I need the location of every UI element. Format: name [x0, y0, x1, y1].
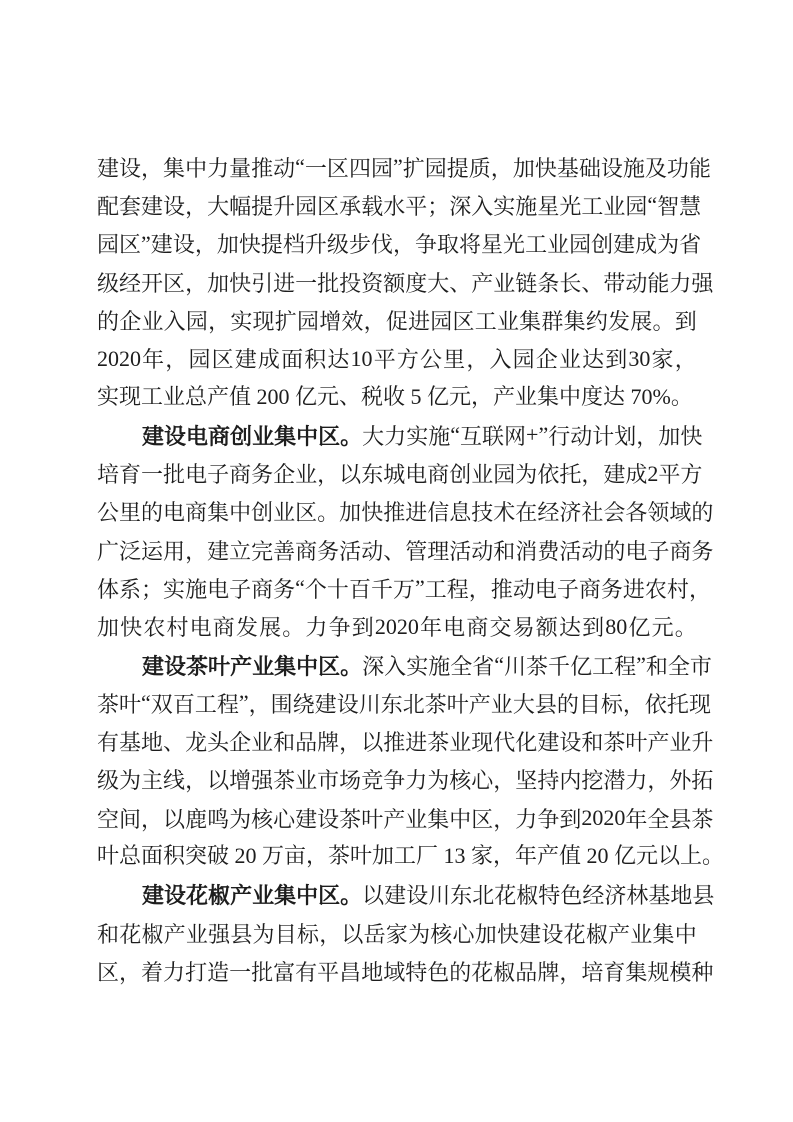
text-token: 加 [513, 152, 535, 183]
text-token: 椒 [141, 918, 163, 949]
text-token: 育 [119, 458, 141, 489]
text-token: “ [141, 690, 151, 716]
text-token: 特 [538, 879, 560, 910]
text-token: 农 [143, 611, 165, 642]
text-token: 业 [251, 726, 273, 757]
text-token: 依 [645, 688, 667, 719]
text-token: 园 [513, 343, 535, 374]
text-token: 产 [471, 267, 493, 298]
text-token: 电 [186, 420, 208, 451]
text-token: 工 [425, 573, 447, 604]
text-token: 电 [535, 573, 557, 604]
text-token: 产 [647, 726, 669, 757]
text-token: 双 [151, 688, 173, 719]
text-token: 幅 [229, 190, 251, 221]
text-token: 区 [318, 420, 340, 451]
text-token: 育 [603, 956, 625, 987]
text-token: 家 [652, 343, 674, 374]
text-token: 动 [273, 152, 295, 183]
text-token: 和 [493, 535, 515, 566]
text-token: 链 [515, 267, 537, 298]
text-line: 建设花椒产业集中区。以建设川东北花椒特色经济林基地县 [97, 876, 697, 914]
text-token: 建 [315, 688, 337, 719]
text-token: 快 [535, 152, 557, 183]
text-token: 核 [430, 918, 452, 949]
text-token: 核 [449, 764, 471, 795]
text-token: 为 [253, 918, 275, 949]
text-token: 茶 [603, 726, 625, 757]
text-token: ， [559, 956, 581, 987]
text-run: 实现工业总产值 200 亿元、税收 5 亿元，产业集中度达 70%。 [97, 384, 693, 409]
text-token: 区 [318, 879, 340, 910]
text-token: 促 [386, 305, 408, 336]
text-token: ， [339, 726, 361, 757]
text-line: 园区”建设，加快提档升级步伐，争取将星光工业园创建成为省 [97, 225, 697, 263]
text-token: 力 [207, 152, 229, 183]
text-token: 以 [361, 726, 383, 757]
text-token: ” [239, 690, 249, 716]
text-token: 为 [515, 458, 537, 489]
text-token: 设 [119, 152, 141, 183]
text-token: 品 [295, 726, 317, 757]
text-token: 开 [141, 267, 163, 298]
text-token: 业 [141, 305, 163, 336]
text-token: 集 [625, 956, 647, 987]
text-token: 量 [229, 152, 251, 183]
text-token: 、 [581, 267, 603, 298]
text-token: 千 [371, 573, 393, 604]
text-token: 业 [669, 726, 691, 757]
text-token: 施 [515, 190, 537, 221]
text-token: 绕 [293, 688, 315, 719]
text-line: 2020年，园区建成面积达10平方公里，入园企业达到30家， [97, 339, 697, 377]
text-token: 以 [339, 458, 361, 489]
text-token: 叶 [119, 688, 141, 719]
text-token: 及 [645, 152, 667, 183]
text-token: ， [469, 573, 491, 604]
text-token: 东 [450, 879, 472, 910]
text-token: 费 [537, 535, 559, 566]
text-token: 质 [469, 152, 491, 183]
text-token: 县 [230, 918, 252, 949]
text-token: 中 [449, 803, 471, 834]
text-token: 一 [229, 956, 251, 987]
text-token: 省 [472, 650, 494, 681]
text-token: 建 [141, 190, 163, 221]
text-token: 色 [560, 879, 582, 910]
text-token: 额 [536, 611, 558, 642]
text-token: 进 [623, 573, 645, 604]
text-token: 核 [251, 803, 273, 834]
text-token: 务 [251, 458, 273, 489]
text-token: 茶 [691, 803, 713, 834]
text-token: 北 [472, 879, 494, 910]
text-token: 达 [559, 611, 581, 642]
text-line: 建设茶叶产业集中区。深入实施全省“川茶千亿工程”和全市 [97, 646, 697, 684]
text-token: 一 [141, 458, 163, 489]
text-token: 里 [443, 343, 465, 374]
text-token: 批 [251, 956, 273, 987]
text-token: 叶 [625, 726, 647, 757]
text-token: 标 [601, 688, 623, 719]
text-token: 和 [646, 650, 668, 681]
text-token: ， [581, 458, 603, 489]
text-token: 业 [405, 803, 427, 834]
text-token: 推 [383, 726, 405, 757]
text-token: 理 [427, 535, 449, 566]
text-token: 围 [271, 688, 293, 719]
text-token: 商 [295, 535, 317, 566]
text-token: 技 [471, 496, 493, 527]
text-token: 到 [582, 611, 604, 642]
text-token: 星 [481, 228, 503, 259]
text-token: 网 [504, 420, 526, 451]
text-token: 园 [371, 152, 393, 183]
text-token: 牌 [317, 726, 339, 757]
text-token: 实 [406, 420, 428, 451]
text-token: 的 [603, 535, 625, 566]
text-token: 的 [97, 305, 119, 336]
text-token: 亿 [570, 650, 592, 681]
text-token: 椒 [208, 879, 230, 910]
text-token: 信 [427, 496, 449, 527]
text-token: 集 [652, 918, 674, 949]
text-token: 管 [405, 535, 427, 566]
text-token: 商 [427, 458, 449, 489]
text-token: ， [493, 803, 515, 834]
text-token: 电 [190, 611, 212, 642]
text-token: 深 [449, 190, 471, 221]
text-token: 术 [493, 496, 515, 527]
text-token: 地 [361, 956, 383, 987]
text-token: 动 [581, 535, 603, 566]
text-token: 力 [405, 764, 427, 795]
text-token: 子 [207, 458, 229, 489]
text-token: “ [494, 652, 504, 678]
text-token: 业 [559, 343, 581, 374]
text-token: 星 [537, 190, 559, 221]
text-token: ， [208, 305, 230, 336]
text-token: ” [538, 422, 548, 448]
text-token: 额 [383, 267, 405, 298]
text-token: 建 [235, 343, 257, 374]
text-token: 商 [229, 458, 251, 489]
text-token: 入 [489, 343, 511, 374]
text-token: 县 [692, 879, 714, 910]
text-token: 现 [471, 726, 493, 757]
text-token: 到 [675, 305, 697, 336]
text-token: 设 [164, 879, 186, 910]
text-token: 茶 [427, 726, 449, 757]
text-token: 加 [658, 420, 680, 451]
text-token: 加 [339, 496, 361, 527]
text-line: 培育一批电子商务企业，以东城电商创业园为依托，建成2平方 [97, 454, 697, 492]
text-token: 成 [258, 343, 280, 374]
text-token: 建 [295, 803, 317, 834]
text-token: 交 [489, 611, 511, 642]
text-line: 级经开区，加快引进一批投资额度大、产业链条长、带动能力强 [97, 263, 697, 301]
text-token: 加 [217, 228, 239, 259]
text-token: 争 [537, 803, 559, 834]
text-token: 以 [163, 803, 185, 834]
text-token: 设 [164, 650, 186, 681]
text-token: 善 [273, 535, 295, 566]
text-token: 潜 [603, 764, 625, 795]
text-token: 头 [207, 726, 229, 757]
text-token: 和 [581, 726, 603, 757]
text-token: 动 [361, 535, 383, 566]
text-token: 快 [229, 267, 251, 298]
text-token: 和 [97, 918, 119, 949]
text-token: 业 [295, 764, 317, 795]
text-token: 2020 [97, 346, 141, 372]
text-token: 设 [164, 420, 186, 451]
text-token: 发 [608, 305, 630, 336]
text-token: 现 [253, 305, 275, 336]
text-token: 商 [251, 573, 273, 604]
document-page: 建设，集中力量推动“一区四园”扩园提质，加快基础设施及功能配套建设，大幅提升园区… [0, 0, 793, 1122]
text-line: 有基地、龙头企业和品牌，以推进茶业现代化建设和茶叶产业升 [97, 722, 697, 760]
text-token: ， [317, 458, 339, 489]
text-token: 础 [579, 152, 601, 183]
text-token: 集 [274, 879, 296, 910]
text-token: 体 [97, 573, 119, 604]
text-token: 动 [570, 420, 592, 451]
text-token: 业 [491, 688, 513, 719]
text-token: 茶 [273, 764, 295, 795]
text-token: 造 [207, 956, 229, 987]
text-token: ” [415, 575, 425, 601]
text-token: 子 [229, 573, 251, 604]
text-token: 农 [645, 573, 667, 604]
text-token: ， [141, 803, 163, 834]
text-token: 设 [601, 152, 623, 183]
text-token: 花 [186, 879, 208, 910]
text-token: 现 [689, 688, 711, 719]
text-token: 联 [482, 420, 504, 451]
text-token: 套 [119, 190, 141, 221]
text-token: ， [466, 343, 488, 374]
text-token: 大 [207, 190, 229, 221]
text-token: ， [623, 688, 645, 719]
text-token: 易 [513, 611, 535, 642]
text-token: 动 [471, 535, 493, 566]
text-token: 商 [208, 420, 230, 451]
text-token: 智 [657, 190, 679, 221]
text-token: 为 [119, 764, 141, 795]
text-token: “ [647, 192, 657, 218]
text-token: 亿 [628, 611, 650, 642]
text-token: 托 [667, 688, 689, 719]
text-token: 百 [349, 573, 371, 604]
text-token: 心 [453, 918, 475, 949]
text-token: 目 [579, 688, 601, 719]
text-token: 2020 [375, 614, 419, 640]
text-token: 消 [515, 535, 537, 566]
text-token: 息 [449, 496, 471, 527]
text-token: 光 [503, 228, 525, 259]
text-token: 争 [415, 228, 437, 259]
text-token: 经 [582, 879, 604, 910]
text-token: 以 [341, 918, 363, 949]
text-token: 产 [164, 918, 186, 949]
text-token: 省 [679, 228, 701, 259]
text-token: 业 [471, 458, 493, 489]
text-token: 个 [305, 573, 327, 604]
text-token: ； [141, 573, 163, 604]
text-token: 面 [281, 343, 303, 374]
text-token: 设 [163, 190, 185, 221]
text-token: 市 [690, 650, 712, 681]
text-token: 和 [273, 726, 295, 757]
text-token: 产 [230, 650, 252, 681]
text-token: 到 [605, 343, 627, 374]
text-token: 计 [592, 420, 614, 451]
text-token: 10 [351, 346, 373, 372]
text-token: ， [689, 573, 711, 604]
text-token: 、 [163, 726, 185, 757]
text-token: 家 [386, 918, 408, 949]
text-token: 进 [405, 726, 427, 757]
text-token: 区 [163, 267, 185, 298]
text-token: 电 [185, 458, 207, 489]
text-token: 中 [229, 496, 251, 527]
text-token: 园 [430, 305, 452, 336]
text-line: 建设，集中力量推动“一区四园”扩园提质，加快基础设施及功能 [97, 148, 697, 186]
text-line: 的企业入园，实现扩园增效，促进园区工业集群集约发展。到 [97, 301, 697, 339]
text-token: 一 [295, 267, 317, 298]
text-token: 电 [207, 573, 229, 604]
text-token: 的 [449, 956, 471, 987]
text-token: 叶 [447, 688, 469, 719]
text-token: 特 [405, 956, 427, 987]
text-token: 到 [559, 803, 581, 834]
text-token: 务 [273, 573, 295, 604]
text-token: 创 [449, 458, 471, 489]
text-token: 内 [559, 764, 581, 795]
text-token: 茶 [186, 650, 208, 681]
text-token: 电 [625, 535, 647, 566]
text-token: 商 [466, 611, 488, 642]
text-token: 场 [339, 764, 361, 795]
text-token: 集 [519, 305, 541, 336]
text-token: 增 [319, 305, 341, 336]
text-token: 级 [97, 267, 119, 298]
text-token: 入 [164, 305, 186, 336]
text-token: 模 [669, 956, 691, 987]
text-token: 企 [536, 343, 558, 374]
text-token: 建 [142, 879, 164, 910]
text-token: 济 [559, 496, 581, 527]
text-token: ， [185, 764, 207, 795]
text-token: 子 [557, 573, 579, 604]
text-token: 有 [97, 726, 119, 757]
text-token: 施 [623, 152, 645, 183]
text-token: 叶 [361, 803, 383, 834]
text-token: 业 [252, 879, 274, 910]
text-token: 基 [648, 879, 670, 910]
text-token: 昌 [339, 956, 361, 987]
text-token: 园 [569, 228, 591, 259]
text-token: 方 [397, 343, 419, 374]
text-token: 设 [317, 803, 339, 834]
text-token: 资 [361, 267, 383, 298]
text-token: 色 [427, 956, 449, 987]
text-token: 川 [504, 650, 526, 681]
text-token: 展 [630, 305, 652, 336]
text-token: 挖 [581, 764, 603, 795]
text-token: 升 [691, 726, 713, 757]
text-token: 加 [207, 267, 229, 298]
text-token: 区 [119, 228, 141, 259]
text-token: 产 [383, 803, 405, 834]
text-token: 功 [667, 152, 689, 183]
text-token: 年 [142, 343, 164, 374]
text-token: 推 [491, 573, 513, 604]
text-line: 茶叶“双百工程”，围绕建设川东北茶叶产业大县的目标，依托现 [97, 684, 697, 722]
text-token: ， [185, 267, 207, 298]
text-token: 建 [207, 535, 229, 566]
text-token: 泛 [119, 535, 141, 566]
text-token: 力 [515, 803, 537, 834]
text-token: 系 [119, 573, 141, 604]
text-token: 效 [341, 305, 363, 336]
text-line: 广泛运用，建立完善商务活动、管理活动和消费活动的电子商务 [97, 531, 697, 569]
text-token: 实 [406, 650, 428, 681]
text-token: 业 [493, 267, 515, 298]
text-token: 一 [305, 152, 327, 183]
text-token: ， [249, 688, 271, 719]
text-token: 商 [185, 496, 207, 527]
text-token: 业 [186, 918, 208, 949]
text-token: 推 [383, 496, 405, 527]
text-token: 四 [349, 152, 371, 183]
text-token: 、 [449, 267, 471, 298]
text-token: 各 [625, 496, 647, 527]
text-token: 年 [420, 611, 442, 642]
text-token: 达 [327, 343, 349, 374]
text-token: 长 [559, 267, 581, 298]
text-token: 鸣 [207, 803, 229, 834]
text-token: 基 [119, 726, 141, 757]
text-token: 取 [437, 228, 459, 259]
text-token: 入 [384, 650, 406, 681]
text-token: 建 [384, 879, 406, 910]
text-token: 承 [339, 190, 361, 221]
text-token: 快 [361, 496, 383, 527]
text-token: 快 [239, 228, 261, 259]
text-token: 集 [274, 650, 296, 681]
text-token: 业 [603, 190, 625, 221]
text-token: 约 [586, 305, 608, 336]
text-token: 业 [449, 726, 471, 757]
text-token: 。 [340, 420, 362, 451]
text-token: 商 [579, 573, 601, 604]
text-token: 程 [614, 650, 636, 681]
text-token: 水 [383, 190, 405, 221]
text-token: 加 [97, 611, 119, 642]
text-token: 川 [428, 879, 450, 910]
text-token: 快 [680, 420, 702, 451]
text-token: 全 [450, 650, 472, 681]
text-token: 进 [405, 496, 427, 527]
text-token: 经 [537, 496, 559, 527]
text-token: 程 [217, 688, 239, 719]
text-token: 区 [471, 803, 493, 834]
text-token: 批 [163, 458, 185, 489]
text-token: 产 [469, 688, 491, 719]
text-token: 心 [471, 764, 493, 795]
